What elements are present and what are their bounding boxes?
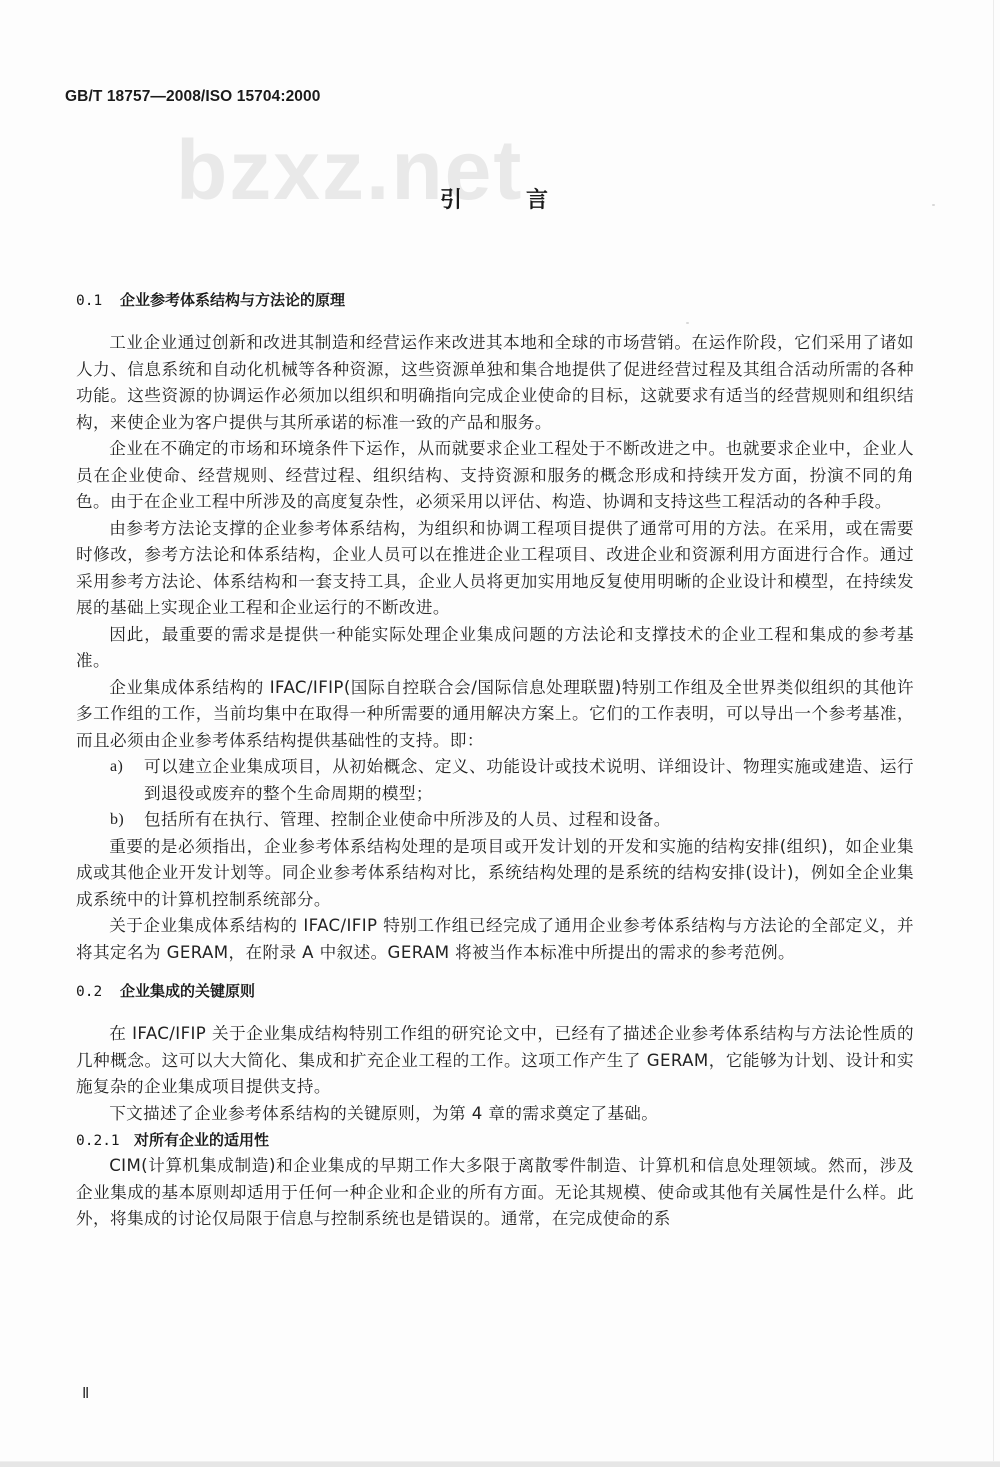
list-item: b) 包括所有在执行、管理、控制企业使命中所涉及的人员、过程和设备。 [76, 807, 914, 834]
section-number: 0.2 [76, 979, 120, 1005]
section-number: 0.1 [76, 288, 120, 314]
list-item: a) 可以建立企业集成项目，从初始概念、定义、功能设计或技术说明、详细设计、物理… [76, 754, 914, 807]
section-spacer [76, 966, 914, 978]
section-title: 企业参考体系结构与方法论的原理 [120, 291, 345, 309]
page-bottom-border [0, 1461, 1000, 1467]
paragraph: 重要的是必须指出，企业参考体系结构处理的是项目或开发计划的开发和实施的结构安排(… [76, 834, 914, 914]
page-edge [993, 0, 994, 1462]
page-title: 引言 [440, 183, 612, 214]
paragraph: CIM(计算机集成制造)和企业集成的早期工作大多限于离散零件制造、计算机和信息处… [76, 1153, 914, 1233]
subsection-number: 0.2.1 [76, 1128, 134, 1154]
subsection-heading-0-2-1: 0.2.1对所有企业的适用性 [76, 1127, 914, 1153]
page-number: Ⅱ [82, 1384, 89, 1403]
scan-speck [932, 204, 935, 206]
section-title: 企业集成的关键原则 [120, 982, 255, 1000]
paragraph: 工业企业通过创新和改进其制造和经营运作来改进其本地和全球的市场营销。在运作阶段，… [76, 330, 914, 436]
list-marker: b) [110, 807, 144, 834]
paragraph: 因此，最重要的需求是提供一种能实际处理企业集成问题的方法论和支撑技术的企业工程和… [76, 622, 914, 675]
list-text: 包括所有在执行、管理、控制企业使命中所涉及的人员、过程和设备。 [144, 807, 914, 834]
list-marker: a) [110, 754, 144, 807]
paragraph: 在 IFAC/IFIP 关于企业集成结构特别工作组的研究论文中，已经有了描述企业… [76, 1021, 914, 1101]
paragraph: 关于企业集成体系结构的 IFAC/IFIP 特别工作组已经完成了通用企业参考体系… [76, 913, 914, 966]
document-body: 0.1企业参考体系结构与方法论的原理 工业企业通过创新和改进其制造和经营运作来改… [76, 287, 914, 1233]
document-code: GB/T 18757—2008/ISO 15704:2000 [65, 88, 320, 106]
subsection-title: 对所有企业的适用性 [134, 1131, 269, 1149]
list-text: 可以建立企业集成项目，从初始概念、定义、功能设计或技术说明、详细设计、物理实施或… [144, 754, 914, 807]
section-heading-0-1: 0.1企业参考体系结构与方法论的原理 [76, 287, 914, 313]
paragraph: 企业集成体系结构的 IFAC/IFIP(国际自控联合会/国际信息处理联盟)特别工… [76, 675, 914, 755]
section-heading-0-2: 0.2企业集成的关键原则 [76, 978, 914, 1004]
paragraph: 由参考方法论支撑的企业参考体系结构，为组织和协调工程项目提供了通常可用的方法。在… [76, 516, 914, 622]
document-page: GB/T 18757—2008/ISO 15704:2000 bzxz.net … [0, 0, 1000, 1462]
paragraph: 企业在不确定的市场和环境条件下运作，从而就要求企业工程处于不断改进之中。也就要求… [76, 436, 914, 516]
paragraph: 下文描述了企业参考体系结构的关键原则，为第 4 章的需求奠定了基础。 [76, 1101, 914, 1128]
